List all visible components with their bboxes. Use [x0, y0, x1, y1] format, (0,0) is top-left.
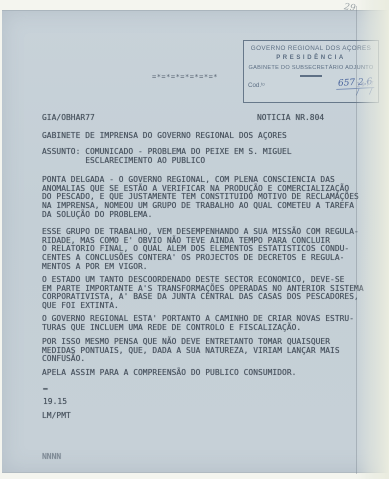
date-stamp: 1977 / / — [356, 80, 377, 95]
stamp-divider-line — [300, 75, 322, 77]
paragraph-6: APELA ASSIM PARA A COMPREENSÃO DO PUBLIC… — [42, 369, 296, 378]
operator-initials: LM/PMT — [42, 412, 71, 421]
typed-separator-line: =*=*=*=*=*=*=* — [152, 73, 218, 81]
paragraph-1: PONTA DELGADA - O GOVERNO REGIONAL, COM … — [42, 176, 359, 220]
reference-code: GIA/OBHAR77 — [42, 114, 95, 123]
stamp-code-label: Cod.ᵗᵒ — [248, 82, 265, 89]
paper-fold-crease — [356, 6, 357, 474]
handwritten-date-slashes: / / — [356, 87, 376, 95]
telex-end-marker: NNNN — [42, 453, 61, 462]
paragraph-3: O ESTADO UM TANTO DESCOORDENADO DESTE SE… — [42, 276, 364, 311]
time-mark: 19.15 — [43, 398, 67, 407]
end-dash-mark: - — [43, 385, 48, 394]
paragraph-4: O GOVERNO REGIONAL ESTA' PORTANTO A CAMI… — [42, 315, 354, 332]
subject-block: ASSUNTO: COMUNICADO - PROBLEMA DO PEIXE … — [42, 148, 292, 165]
paragraph-5: POR ISSO MESMO PENSA QUE NÃO DEVE ENTRET… — [42, 338, 340, 364]
scanned-telex-page: { "page": { "corner_number": "29" }, "st… — [0, 0, 389, 479]
filing-stamp-box: GOVERNO REGIONAL DOS AÇORES PRESIDÊNCIA … — [243, 40, 379, 103]
notice-number: NOTICIA NR.804 — [257, 114, 324, 123]
paragraph-2: ESSE GRUPO DE TRABALHO, VEM DESEMPENHAND… — [42, 228, 359, 272]
office-line: GABINETE DE IMPRENSA DO GOVERNO REGIONAL… — [42, 132, 287, 141]
corner-page-number: 29 — [343, 2, 356, 13]
